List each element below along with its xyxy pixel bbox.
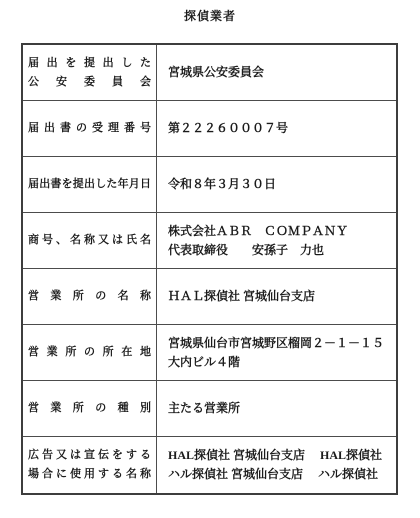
label-line: 商号、名称又は氏名	[28, 231, 151, 250]
label-line: 場合に使用する名称	[28, 465, 151, 484]
value-line: HAL探偵社 宮城仙台支店 HAL探偵社	[168, 446, 388, 465]
label-line: 届出を提出した	[28, 54, 151, 73]
label-line: 公安委員会	[28, 73, 151, 92]
value-line: 宮城県公安委員会	[168, 63, 388, 82]
value-line: 第２２２６０００７号	[168, 119, 388, 138]
label-line: 営業所の種別	[28, 399, 151, 418]
value-cell-office-type: 主たる営業所	[157, 381, 396, 437]
label-cell-office-type: 営業所の種別	[23, 381, 157, 437]
value-line: 代表取締役 安孫子 力也	[168, 241, 388, 260]
value-line: 令和８年３月３０日	[168, 175, 388, 194]
label-line: 営業所の所在地	[28, 343, 151, 362]
value-cell-office-address: 宮城県仙台市宮城野区榴岡２－１－１５ 大内ビル４階	[157, 325, 396, 381]
label-cell-office-address: 営業所の所在地	[23, 325, 157, 381]
value-line: ＨＡＬ探偵社 宮城仙台支店	[168, 287, 388, 306]
value-cell-receipt-number: 第２２２６０００７号	[157, 101, 396, 157]
label-cell-advertising-names: 広告又は宣伝をする 場合に使用する名称	[23, 437, 157, 493]
label-cell-office-name: 営業所の名称	[23, 269, 157, 325]
label-line: 広告又は宣伝をする	[28, 446, 151, 465]
document-page: 探偵業者 届出を提出した 公安委員会 宮城県公安委員会 届出書の受理番号 第２２…	[0, 0, 420, 518]
value-cell-public-safety-commission: 宮城県公安委員会	[157, 45, 396, 101]
value-cell-advertising-names: HAL探偵社 宮城仙台支店 HAL探偵社 ハル探偵社 宮城仙台支店 ハル探偵社	[157, 437, 396, 493]
value-line: ハル探偵社 宮城仙台支店 ハル探偵社	[168, 465, 388, 484]
registration-table: 届出を提出した 公安委員会 宮城県公安委員会 届出書の受理番号 第２２２６０００…	[21, 43, 398, 495]
value-line: 株式会社ＡＢＲ ＣＯＭＰＡＮＹ	[168, 222, 388, 241]
label-line: 営業所の名称	[28, 287, 151, 306]
value-cell-submission-date: 令和８年３月３０日	[157, 157, 396, 213]
label-line: 届出書の受理番号	[28, 119, 151, 138]
value-line: 主たる営業所	[168, 399, 388, 418]
value-line: 宮城県仙台市宮城野区榴岡２－１－１５	[168, 334, 388, 353]
label-cell-company-name: 商号、名称又は氏名	[23, 213, 157, 269]
label-cell-submission-date: 届出書を提出した年月日	[23, 157, 157, 213]
value-line: 大内ビル４階	[168, 353, 388, 372]
page-title: 探偵業者	[0, 7, 420, 24]
label-cell-receipt-number: 届出書の受理番号	[23, 101, 157, 157]
label-cell-public-safety-commission: 届出を提出した 公安委員会	[23, 45, 157, 101]
label-line: 届出書を提出した年月日	[28, 175, 151, 194]
value-cell-office-name: ＨＡＬ探偵社 宮城仙台支店	[157, 269, 396, 325]
value-cell-company-name: 株式会社ＡＢＲ ＣＯＭＰＡＮＹ 代表取締役 安孫子 力也	[157, 213, 396, 269]
